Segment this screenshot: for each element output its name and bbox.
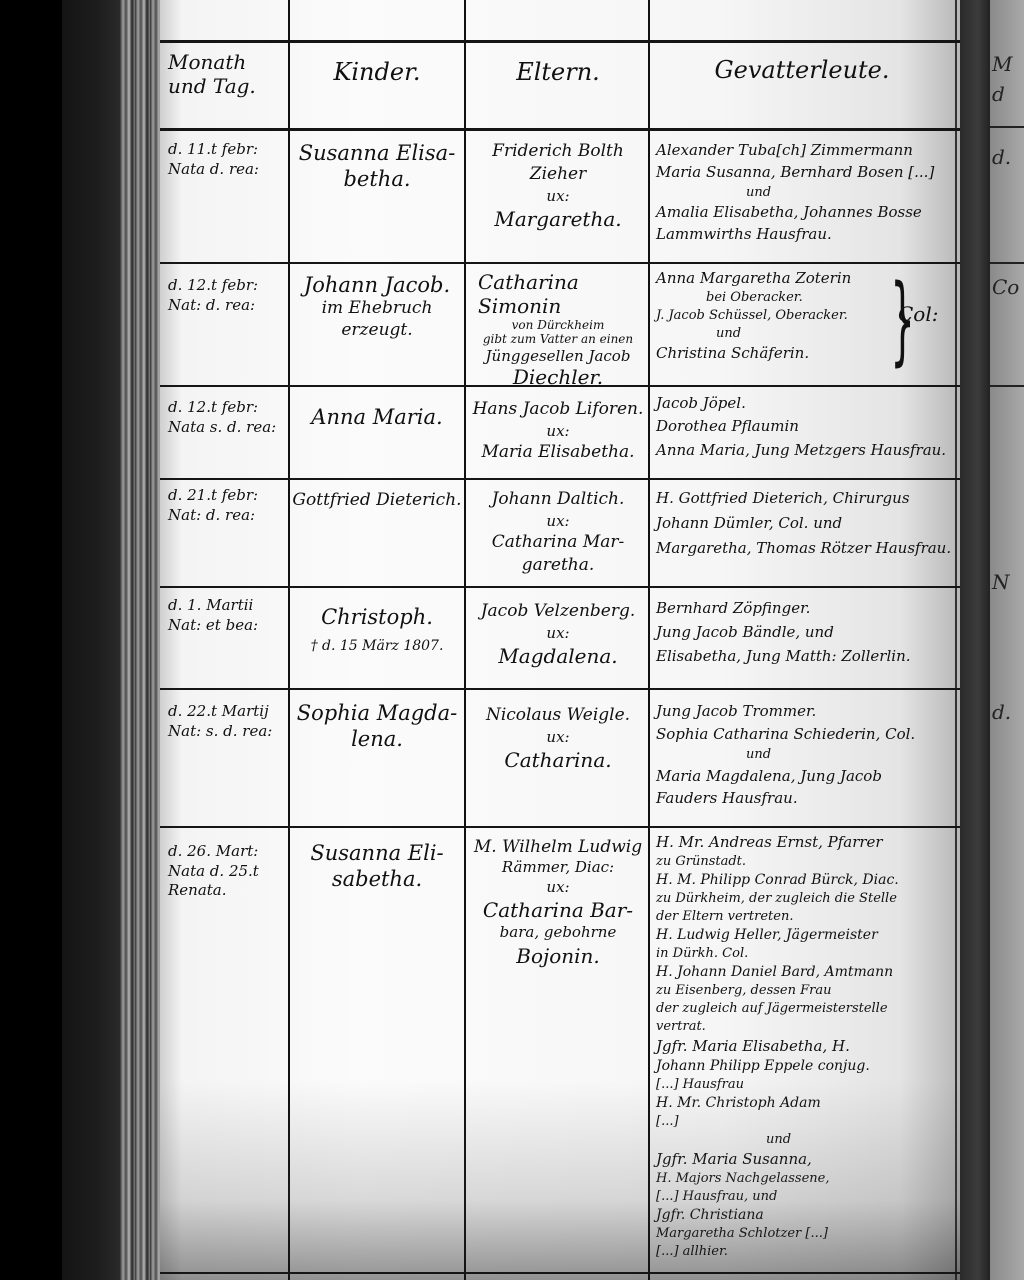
page-stack-edge <box>120 0 162 1280</box>
father-name: Hans Jacob Liforen. <box>468 398 648 421</box>
row-rule <box>160 826 960 828</box>
parents: Jacob Velzenberg. ux: Magdalena. <box>468 600 648 670</box>
header-date: Monath und Tag. <box>168 50 288 99</box>
entry-date: d. 22.t Martij Nat: s. d. rea: <box>168 702 286 741</box>
death-note: † d. 15 März 1807. <box>292 638 462 656</box>
row-rule <box>160 586 960 588</box>
father-name: Nicolaus Weigle. <box>468 704 648 727</box>
entry-date: d. 26. Mart: Nata d. 25.t Renata. <box>168 842 286 901</box>
godparents: Jung Jacob Trommer. Sophia Catharina Sch… <box>656 700 952 810</box>
godparents: H. Mr. Andreas Ernst, Pfarrer zu Grünsta… <box>656 832 954 1261</box>
header-godparents: Gevatterleute. <box>652 56 952 85</box>
row-rule <box>160 128 960 131</box>
entry-date: d. 12.t febr: Nata s. d. rea: <box>168 398 286 437</box>
parents: Friderich Bolth Zieher ux: Margaretha. <box>468 140 648 233</box>
child-name: Anna Maria. <box>292 404 462 430</box>
entry-date: d. 11.t febr: Nata d. rea: <box>168 140 286 179</box>
mother-name: Magdalena. <box>468 643 648 670</box>
child-name: Gottfried Dieterich. <box>292 490 462 511</box>
child-name: Sophia Magda- lena. <box>292 700 462 753</box>
father-name: Diechler. <box>468 365 648 389</box>
adjacent-fragment: d <box>992 82 1005 106</box>
parents: M. Wilhelm Ludwig Rämmer, Diac: ux: Cath… <box>468 836 648 969</box>
binding-shadow <box>62 0 120 1280</box>
adjacent-fragment: Co <box>992 275 1019 299</box>
godparents: Alexander Tuba[ch] Zimmermann Maria Susa… <box>656 140 952 246</box>
mother-name: Catharina Mar- <box>468 531 648 554</box>
godparents: H. Gottfried Dieterich, Chirurgus Johann… <box>656 486 952 560</box>
column-rule <box>648 0 650 1280</box>
parents: Johann Daltich. ux: Catharina Mar- garet… <box>468 488 648 577</box>
header-parents: Eltern. <box>468 58 648 87</box>
mother-name: Catharina. <box>468 747 648 774</box>
header-children: Kinder. <box>292 58 462 87</box>
adjacent-page-fragment: M d d. Co N d. <box>990 0 1024 1280</box>
mother-name: Margaretha. <box>468 206 648 233</box>
godparents: Jacob Jöpel. Dorothea Pflaumin Anna Mari… <box>656 392 952 462</box>
godparents: Bernhard Zöpfinger. Jung Jacob Bändle, u… <box>656 596 952 668</box>
mother-name: Maria Elisabetha. <box>468 441 648 464</box>
entry-date: d. 21.t febr: Nat: d. rea: <box>168 486 286 525</box>
entry-date: d. 12.t febr: Nat: d. rea: <box>168 276 286 315</box>
child-name: Susanna Elisa- betha. <box>292 140 462 193</box>
godparents: Anna Margaretha Zoterin bei Oberacker. J… <box>656 268 886 363</box>
parents: Nicolaus Weigle. ux: Catharina. <box>468 704 648 774</box>
adjacent-fragment: N <box>992 570 1010 594</box>
father-name: Friderich Bolth Zieher <box>468 140 648 186</box>
godparents-note: Col: <box>898 302 938 326</box>
film-border-left <box>0 0 62 1280</box>
child-name: Susanna Eli- sabetha. <box>292 840 462 893</box>
register-page: Monath und Tag. Kinder. Eltern. Gevatter… <box>160 0 960 1280</box>
row-rule <box>160 478 960 480</box>
adjacent-fragment: d. <box>992 700 1011 724</box>
father-name: M. Wilhelm Ludwig <box>468 836 648 858</box>
mother-name: Catharina Simonin <box>468 270 648 318</box>
column-rule <box>464 0 466 1280</box>
child-name: Christoph. † d. 15 März 1807. <box>292 604 462 656</box>
row-rule <box>160 40 960 43</box>
parents: Hans Jacob Liforen. ux: Maria Elisabetha… <box>468 398 648 464</box>
father-name: Johann Daltich. <box>468 488 648 511</box>
gutter-shadow-right <box>960 0 990 1280</box>
row-rule <box>160 1272 960 1274</box>
row-rule <box>160 688 960 690</box>
father-name: Jacob Velzenberg. <box>468 600 648 623</box>
parents: Catharina Simonin von Dürckheim gibt zum… <box>468 270 648 389</box>
column-rule <box>288 0 290 1280</box>
mother-name: Catharina Bar- <box>468 897 648 923</box>
entry-date: d. 1. Martii Nat: et bea: <box>168 596 286 635</box>
child-name: Johann Jacob. im Ehebruch erzeugt. <box>292 272 462 341</box>
column-rule <box>955 0 957 1280</box>
adjacent-fragment: d. <box>992 145 1011 169</box>
adjacent-fragment: M <box>992 52 1012 76</box>
row-rule <box>160 262 960 264</box>
